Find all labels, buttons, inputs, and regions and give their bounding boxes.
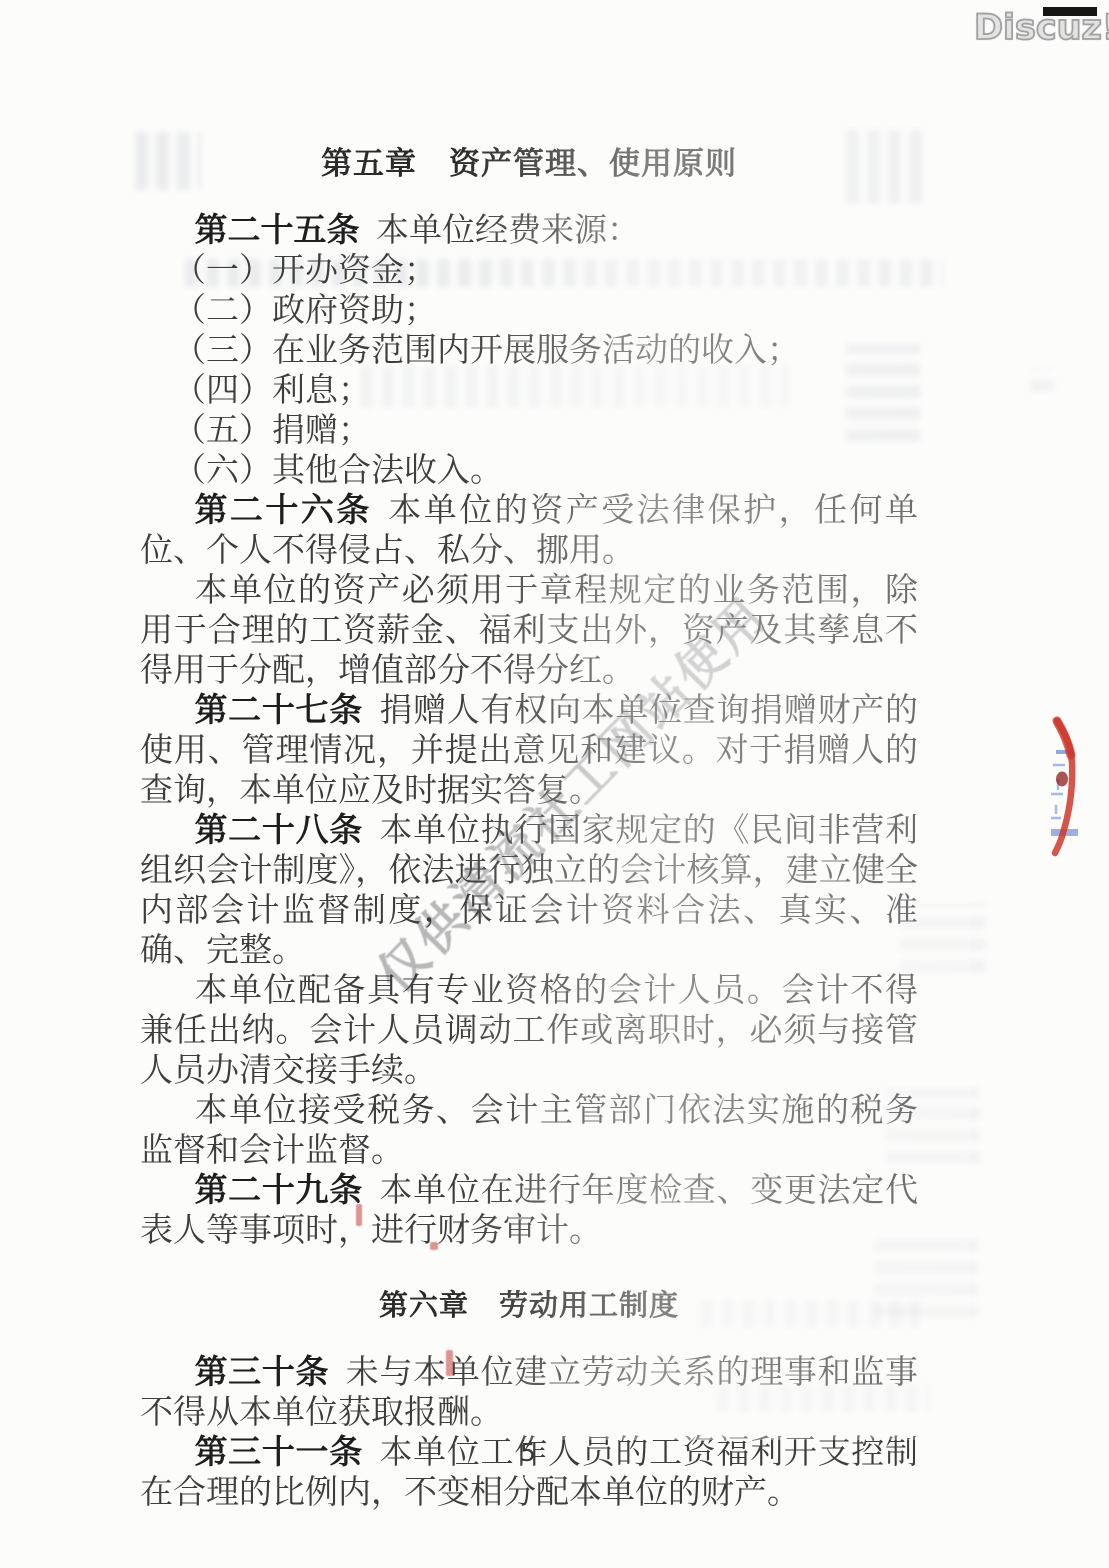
funding-item-4: （四）利息； [140,370,918,410]
article-27-label: 第二十七条 [194,690,363,729]
article-26-paragraph-2: 本单位的资产必须用于章程规定的业务范围，除用于合理的工资薪金、福利支出外，资产及… [140,570,918,690]
discuz-logo-text: Discuz! [974,8,1109,48]
article-27: 第二十七条捐赠人有权向本单位查询捐赠财产的使用、管理情况，并提出意见和建议。对于… [140,690,918,810]
article-28-paragraph-2: 本单位配备具有专业资格的会计人员。会计不得兼任出纳。会计人员调动工作或离职时，必… [140,970,918,1090]
bleed-through-smudge [1030,368,1054,392]
article-25-text: 本单位经费来源： [376,210,640,249]
chapter-6-heading: 第六章 劳动用工制度 [140,1286,918,1324]
funding-item-6: （六）其他合法收入。 [140,450,918,490]
funding-item-2: （二）政府资助； [140,290,918,330]
article-28-paragraph-3: 本单位接受税务、会计主管部门依法实施的税务监督和会计监督。 [140,1090,918,1170]
chapter-5-heading: 第五章 资产管理、使用原则 [140,144,918,184]
red-pen-speck [356,1204,362,1226]
article-26-label: 第二十六条 [194,490,371,529]
document-content: 第五章 资产管理、使用原则 第二十五条本单位经费来源： （一）开办资金； （二）… [140,0,918,1512]
article-26: 第二十六条本单位的资产受法律保护，任何单位、个人不得侵占、私分、挪用。 [140,490,918,570]
article-28: 第二十八条本单位执行国家规定的《民间非营利组织会计制度》，依法进行独立的会计核算… [140,810,918,970]
article-25-label: 第二十五条 [194,210,359,249]
funding-item-5: （五）捐赠； [140,410,918,450]
article-30: 第三十条未与本单位建立劳动关系的理事和监事不得从本单位获取报酬。 [140,1352,918,1432]
edge-stamp-marks [1028,695,1088,870]
red-pen-speck [446,1350,453,1376]
article-31-label: 第三十一条 [194,1432,363,1471]
scanned-document-page: 仅供清流社工网站使用 第五章 资产管理、使用原则 第二十五条本单位经费来源： （… [0,0,1109,1568]
article-28-label: 第二十八条 [194,810,363,849]
funding-item-3: （三）在业务范围内开展服务活动的收入； [140,330,918,370]
red-pen-speck [430,1242,438,1250]
funding-item-1: （一）开办资金； [140,250,918,290]
article-25: 第二十五条本单位经费来源： [140,210,918,250]
article-29: 第二十九条本单位在进行年度检查、变更法定代表人等事项时，进行财务审计。 [140,1170,918,1250]
discuz-watermark-logo: Discuz! [974,6,1109,56]
page-number: 5 [508,1438,548,1467]
article-29-label: 第二十九条 [194,1170,363,1209]
article-30-label: 第三十条 [194,1352,329,1391]
